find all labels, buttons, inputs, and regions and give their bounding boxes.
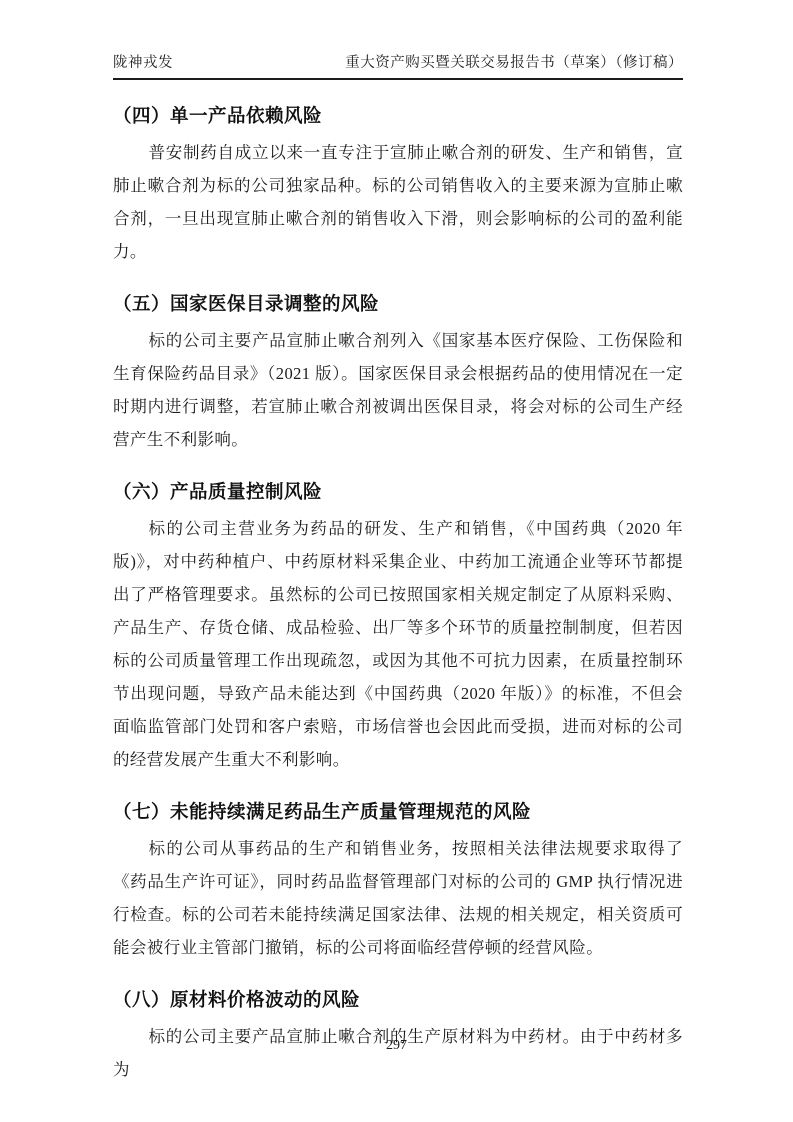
section-heading: （六）产品质量控制风险: [113, 479, 683, 505]
section-single-product-risk: （四）单一产品依赖风险 普安制药自成立以来一直专注于宣肺止嗽合剂的研发、生产和销…: [113, 103, 683, 268]
section-heading: （五）国家医保目录调整的风险: [113, 291, 683, 317]
page-footer: 297: [0, 1036, 793, 1056]
section-product-quality-risk: （六）产品质量控制风险 标的公司主营业务为药品的研发、生产和销售，《中国药典（2…: [113, 479, 683, 776]
document-page: 陇神戎发 重大资产购买暨关联交易报告书（草案）（修订稿） （四）单一产品依赖风险…: [0, 0, 793, 1122]
page-header: 陇神戎发 重大资产购买暨关联交易报告书（草案）（修订稿）: [113, 52, 683, 80]
section-gmp-compliance-risk: （七）未能持续满足药品生产质量管理规范的风险 标的公司从事药品的生产和销售业务，…: [113, 799, 683, 964]
section-heading: （七）未能持续满足药品生产质量管理规范的风险: [113, 799, 683, 825]
header-company-name: 陇神戎发: [113, 52, 173, 74]
page-number: 297: [386, 1038, 407, 1053]
section-paragraph: 标的公司主要产品宣肺止嗽合剂列入《国家基本医疗保险、工伤保险和生育保险药品目录》…: [113, 324, 683, 456]
section-heading: （四）单一产品依赖风险: [113, 103, 683, 129]
section-paragraph: 标的公司主营业务为药品的研发、生产和销售，《中国药典（2020 年版)》，对中药…: [113, 512, 683, 776]
header-report-title: 重大资产购买暨关联交易报告书（草案）（修订稿）: [345, 52, 683, 74]
section-medical-insurance-catalog-risk: （五）国家医保目录调整的风险 标的公司主要产品宣肺止嗽合剂列入《国家基本医疗保险…: [113, 291, 683, 456]
section-paragraph: 普安制药自成立以来一直专注于宣肺止嗽合剂的研发、生产和销售，宣肺止嗽合剂为标的公…: [113, 136, 683, 268]
section-paragraph: 标的公司从事药品的生产和销售业务，按照相关法律法规要求取得了《药品生产许可证》，…: [113, 832, 683, 964]
section-heading: （八）原材料价格波动的风险: [113, 987, 683, 1013]
